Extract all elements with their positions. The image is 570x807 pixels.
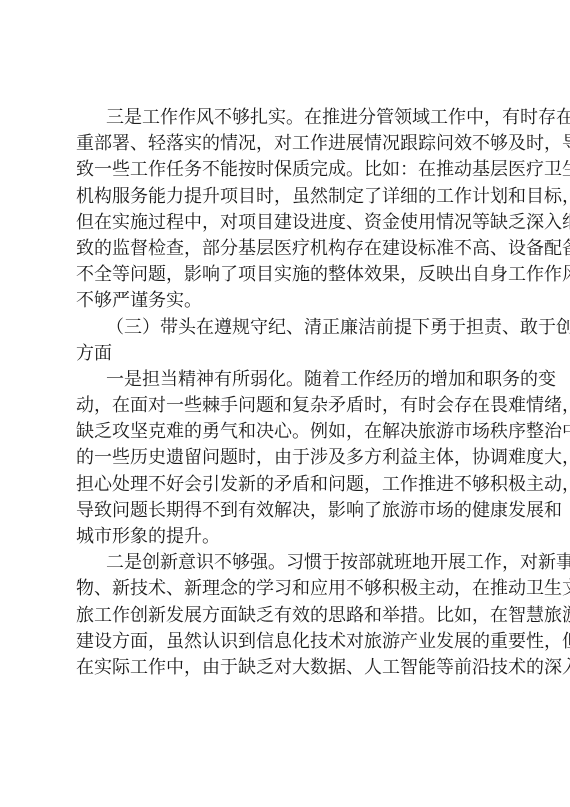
paragraph-innovation: 二是创新意识不够强。习惯于按部就班地开展工作，对新事 物、新技术、新理念的学习和… (76, 550, 493, 681)
text-line: 但在实施过程中，对项目建设进度、资金使用情况等缺乏深入细 (76, 210, 493, 236)
text-line: 一是担当精神有所弱化。随着工作经历的增加和职务的变 (76, 367, 493, 393)
text-line: 建设方面，虽然认识到信息化技术对旅游产业发展的重要性，但 (76, 629, 493, 655)
text-line: 不够严谨务实。 (76, 288, 493, 314)
text-line: 机构服务能力提升项目时，虽然制定了详细的工作计划和目标， (76, 184, 493, 210)
document-page: 三是工作作风不够扎实。在推进分管领域工作中，有时存在 重部署、轻落实的情况，对工… (0, 0, 570, 807)
text-line: 三是工作作风不够扎实。在推进分管领域工作中，有时存在 (76, 105, 493, 131)
text-line: 致的监督检查，部分基层医疗机构存在建设标准不高、设备配备 (76, 236, 493, 262)
text-line: 不全等问题，影响了项目实施的整体效果，反映出自身工作作风 (76, 262, 493, 288)
text-line: 缺乏攻坚克难的勇气和决心。例如，在解决旅游市场秩序整治中 (76, 419, 493, 445)
document-body: 三是工作作风不够扎实。在推进分管领域工作中，有时存在 重部署、轻落实的情况，对工… (76, 105, 493, 681)
paragraph-work-style: 三是工作作风不够扎实。在推进分管领域工作中，有时存在 重部署、轻落实的情况，对工… (76, 105, 493, 315)
text-line: 动，在面对一些棘手问题和复杂矛盾时，有时会存在畏难情绪， (76, 393, 493, 419)
section-heading: （三）带头在遵规守纪、清正廉洁前提下勇于担责、敢于创新 方面 (76, 315, 493, 367)
paragraph-responsibility: 一是担当精神有所弱化。随着工作经历的增加和职务的变 动，在面对一些棘手问题和复杂… (76, 367, 493, 550)
text-line: 在实际工作中，由于缺乏对大数据、人工智能等前沿技术的深入 (76, 655, 493, 681)
text-line: 的一些历史遗留问题时，由于涉及多方利益主体，协调难度大， (76, 445, 493, 471)
heading-line: 方面 (76, 341, 493, 367)
text-line: 旅工作创新发展方面缺乏有效的思路和举措。比如，在智慧旅游 (76, 603, 493, 629)
text-line: 重部署、轻落实的情况，对工作进展情况跟踪问效不够及时，导 (76, 131, 493, 157)
text-line: 二是创新意识不够强。习惯于按部就班地开展工作，对新事 (76, 550, 493, 576)
text-line: 担心处理不好会引发新的矛盾和问题，工作推进不够积极主动， (76, 472, 493, 498)
heading-line: （三）带头在遵规守纪、清正廉洁前提下勇于担责、敢于创新 (76, 315, 493, 341)
text-line: 导致问题长期得不到有效解决，影响了旅游市场的健康发展和 (76, 498, 493, 524)
text-line: 物、新技术、新理念的学习和应用不够积极主动，在推动卫生文 (76, 576, 493, 602)
text-line: 致一些工作任务不能按时保质完成。比如：在推动基层医疗卫生 (76, 157, 493, 183)
text-line: 城市形象的提升。 (76, 524, 493, 550)
